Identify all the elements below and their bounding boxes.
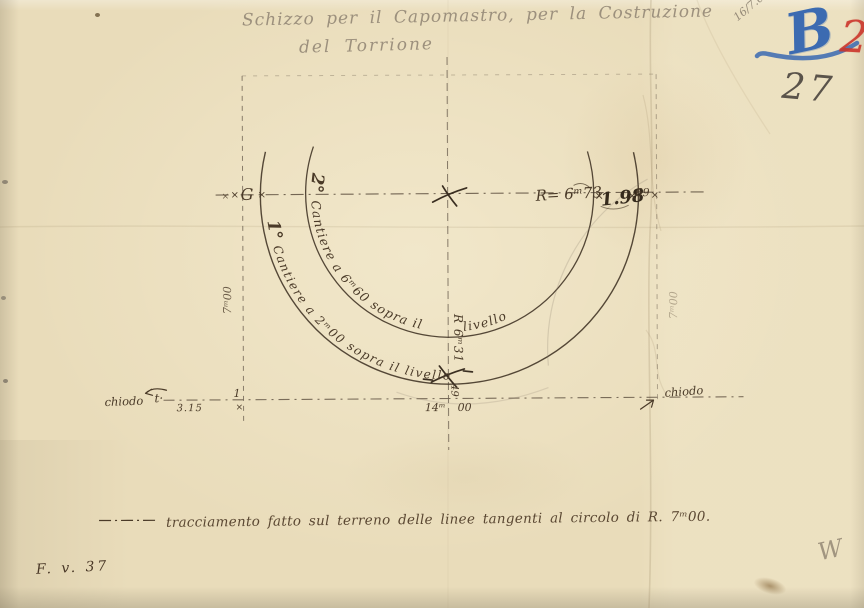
svg-text:livello: livello: [462, 308, 509, 334]
dim-315: 3.15: [177, 403, 203, 414]
radius-annotation: R= 6ᵐ73: [534, 183, 602, 205]
legend-text: tracciamento fatto sul terreno delle lin…: [166, 509, 710, 531]
construction-sketch: R= 6ᵐ73 × 1.98 × 69 × × × G × 1° Cantier…: [0, 0, 864, 608]
square-bottom-side: [164, 397, 744, 401]
scanned-sheet: R= 6ᵐ73 × 1.98 × 69 × × × G × 1° Cantier…: [0, 0, 864, 608]
inner-arc-label-end: livello: [462, 308, 509, 334]
cross-tick: ×: [222, 192, 230, 202]
left-height-dim: 7ᵐ00: [221, 286, 234, 314]
inner-arc-ordinal: 2°: [306, 171, 328, 194]
bottom-width-right: 00: [458, 401, 472, 414]
bottom-width-left: 14ᵐ: [425, 401, 446, 414]
square-left-side: [242, 76, 244, 421]
vertical-radius-dim: R 6ᵐ31: [451, 313, 465, 363]
bottom-cross-wing: [463, 371, 472, 372]
horizontal-crease: [0, 226, 864, 227]
square-right-side: [656, 74, 657, 399]
cross-tick: ×: [236, 403, 244, 413]
point-label-g: G: [241, 185, 254, 204]
nail-label-left: chiodo: [104, 394, 143, 410]
square-top-side: [242, 74, 656, 76]
right-height-dim: 7ᵐ00: [667, 291, 680, 319]
pencil-w-mark: W: [815, 534, 845, 567]
center-cross-mark: [433, 188, 467, 202]
cross-tick: ×: [651, 190, 659, 201]
title-line-2: del Torrione: [299, 34, 434, 58]
dim-69: 69: [636, 186, 650, 199]
right-nail-arrow: [641, 400, 654, 409]
cross-tick: ×: [231, 190, 239, 201]
dim-49: 49: [448, 383, 459, 397]
nail-label-right: chiodo: [664, 383, 704, 400]
archive-pencil-number: 27: [780, 66, 837, 112]
outer-arc-ordinal: 1°: [262, 219, 285, 243]
svg-text:2°: 2°: [306, 171, 328, 194]
archive-red-number: 2: [839, 11, 864, 63]
pencil-echo-arc: [396, 388, 548, 405]
svg-text:1°: 1°: [262, 219, 285, 243]
tick-label: t·: [154, 391, 163, 405]
corner-tick: 1: [233, 387, 240, 400]
cross-tick: ×: [258, 190, 266, 201]
